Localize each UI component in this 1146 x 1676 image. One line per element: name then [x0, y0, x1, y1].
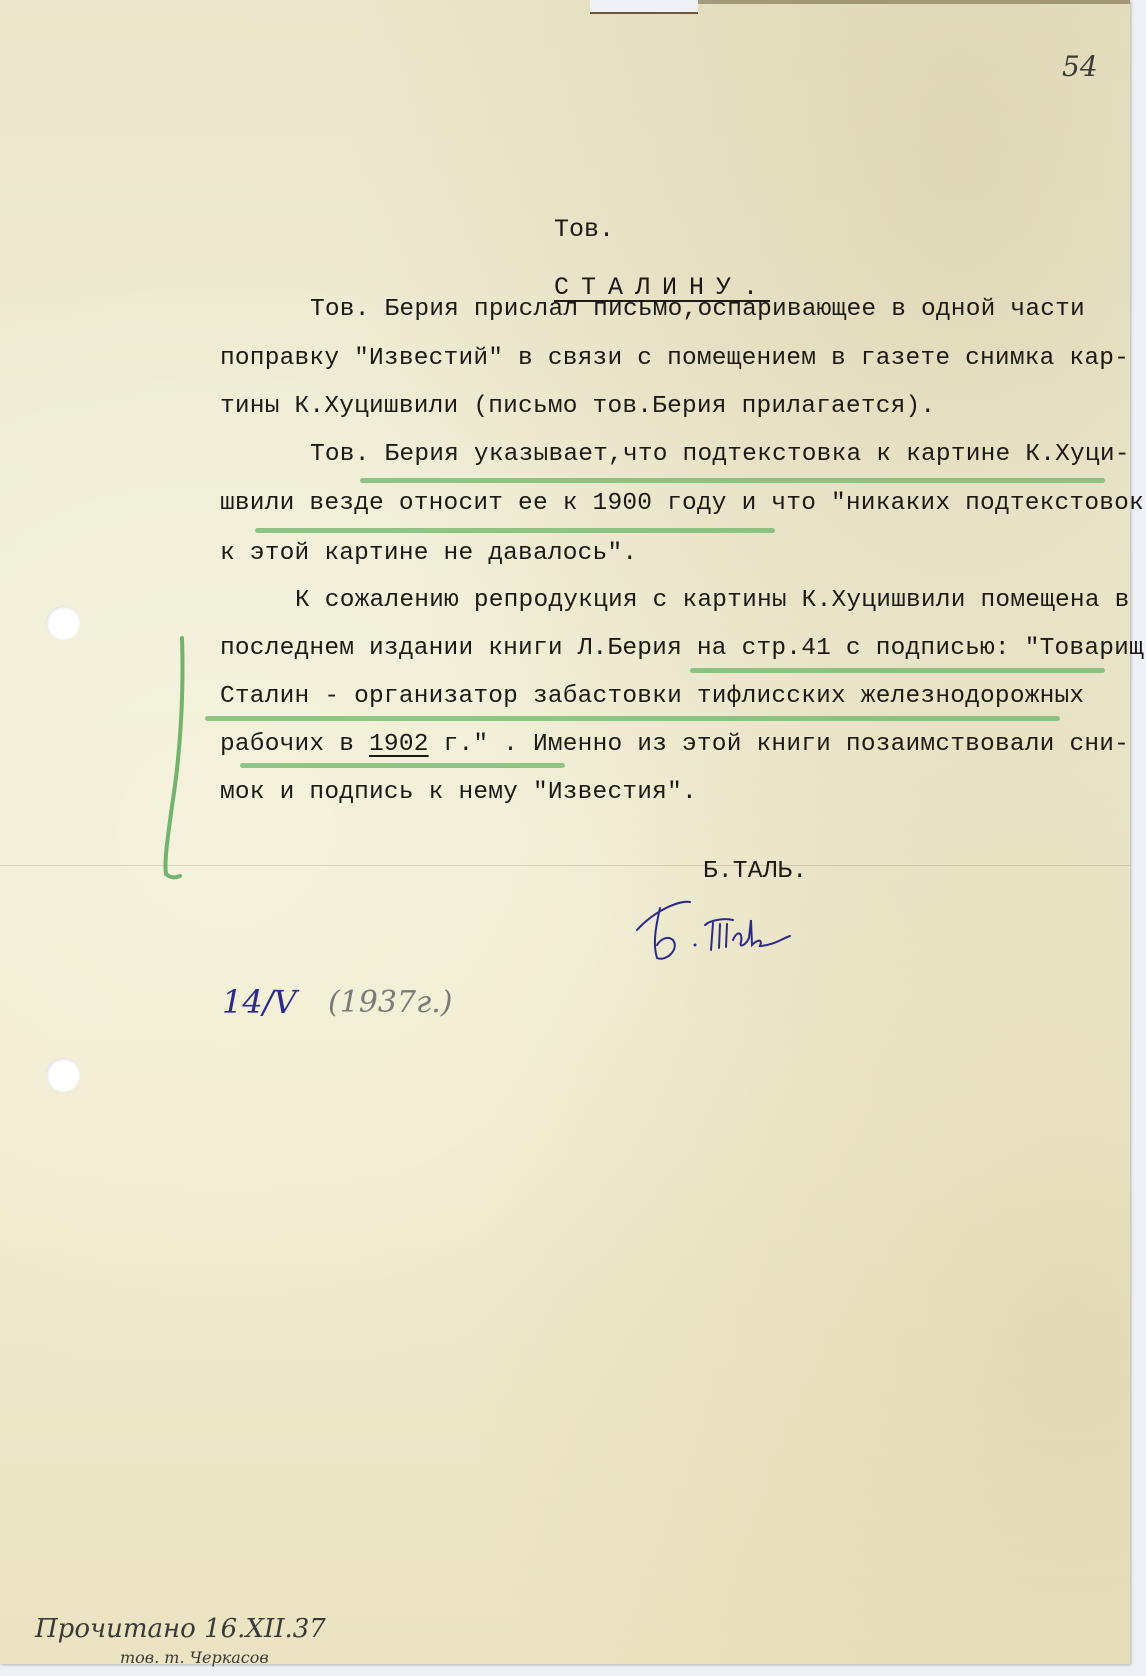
- torn-tab-notch: [590, 0, 698, 14]
- green-pencil-underline: [690, 668, 1105, 673]
- punch-hole-upper: [46, 606, 80, 640]
- bottom-note-read: Прочитано 16.XII.37: [35, 1614, 326, 1644]
- paragraph-3-line-1: К сожалению репродукция с картины К.Хуци…: [295, 587, 1130, 614]
- paragraph-1-line-1: Тов. Берия прислал письмо,оспаривающее в…: [310, 296, 1085, 323]
- green-pencil-underline: [255, 528, 775, 533]
- paragraph-3-line-4: рабочих в 1902 г." . Именно из этой книг…: [220, 731, 1129, 758]
- text-segment: г." . Именно из этой книги позаимствовал…: [429, 731, 1129, 758]
- bottom-note-by: тов. т. Черкасов: [120, 1648, 269, 1667]
- green-pencil-underline: [360, 478, 1105, 483]
- handwritten-signature: [625, 890, 795, 965]
- green-pencil-underline: [240, 763, 565, 768]
- paragraph-2-line-1: Тов. Берия указывает,что подтекстовка к …: [310, 441, 1130, 468]
- green-pencil-underline: [205, 716, 1060, 721]
- text-segment: рабочих в: [220, 731, 369, 758]
- typed-signature: Б.ТАЛЬ.: [703, 858, 807, 885]
- paragraph-2-line-3: к этой картине не давалось".: [220, 540, 637, 567]
- paragraph-2-line-2: швили везде относит ее к 1900 году и что…: [220, 490, 1144, 517]
- addressee-prefix: Тов.: [554, 215, 614, 244]
- paragraph-3-line-5: мок и подпись к нему "Известия".: [220, 779, 697, 806]
- paragraph-1-line-2: поправку "Известий" в связи с помещением…: [220, 345, 1129, 372]
- paragraph-3-line-2: последнем издании книги Л.Берия на стр.4…: [220, 635, 1144, 662]
- page-top-edge: [698, 0, 1130, 4]
- paragraph-3-line-3: Сталин - организатор забастовки тифлисск…: [220, 683, 1084, 710]
- green-margin-bracket: [158, 636, 188, 881]
- paragraph-1-line-3: тины К.Хуцишвили (письмо тов.Берия прила…: [220, 393, 935, 420]
- document-page: 54 Тов. СТАЛИНУ. Тов. Берия прислал пись…: [0, 0, 1130, 1664]
- punch-hole-lower: [46, 1058, 80, 1092]
- handwritten-date: 14/V: [222, 983, 297, 1021]
- underlined-year: 1902: [369, 731, 429, 758]
- page-number: 54: [1062, 50, 1098, 83]
- handwritten-year: (1937г.): [328, 985, 452, 1020]
